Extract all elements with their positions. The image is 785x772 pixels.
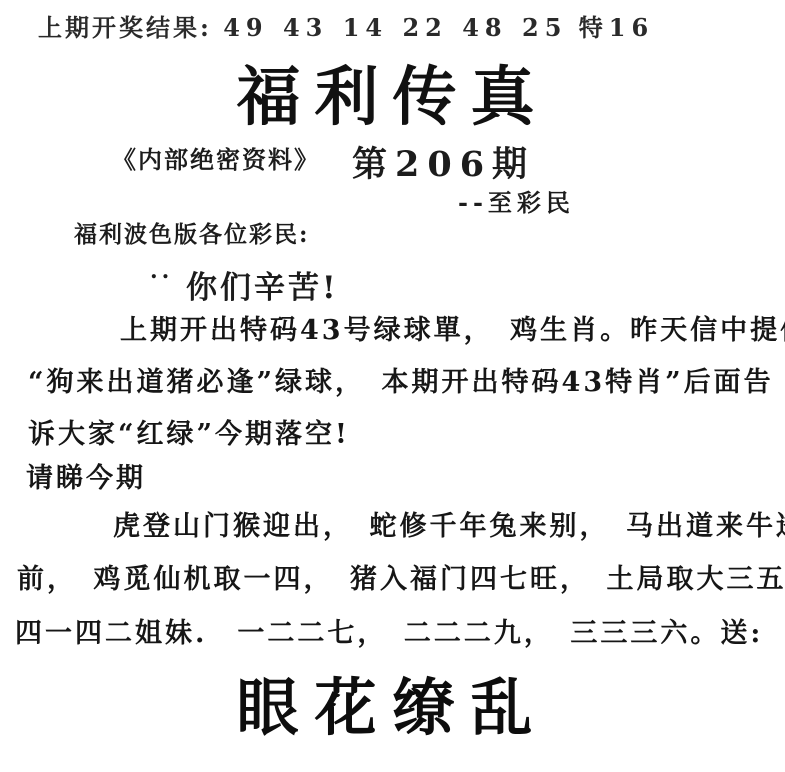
poem-line-2: 前， 鸡觅仙机取一四， 猪入福门四七旺， 土局取大三五八。 [17,557,785,596]
small-dots-mark: .. [150,258,173,284]
paragraph-line-1: 上期开出特码43号绿球單， 鸡生肖。昨天信中提供 [120,308,785,347]
paragraph-line-3: 诉大家“红绿”今期落空! [28,412,350,451]
footer-big-text: 眼花缭乱 [0,658,785,747]
poem-line-3: 四一四二姐妹. 一二二七， 二二二九， 三三三六。送: 红绿 [15,611,785,650]
previous-draw-special-number: 特16 [579,13,654,42]
salutation-line: 福利波色版各位彩民: [74,216,310,249]
fax-document-page: 上期开奖结果: 49 43 14 22 48 25 特16 福利传真 《内部绝密… [0,0,785,772]
paragraph-line-2: “狗来出道猪必逢”绿球， 本期开出特码43特肖”后面告 [28,360,774,399]
greeting-line: 你们辛苦! [186,262,339,307]
previous-draw-numbers: 49 43 14 22 48 25 [223,13,567,42]
document-title: 福利传真 [0,46,785,138]
poem-line-1: 虎登山门猴迎出， 蛇修千年兔来别， 马出道来牛进 [113,504,785,543]
classified-note: 《内部绝密资料》 [112,140,320,175]
see-this-issue-line: 请睇今期 [26,456,146,495]
previous-draw-label: 上期开奖结果: [38,13,212,42]
previous-draw-result-line: 上期开奖结果: 49 43 14 22 48 25 特16 [38,8,654,43]
dedication-line: --至彩民 [458,183,575,218]
issue-number: 第206期 [352,137,535,187]
